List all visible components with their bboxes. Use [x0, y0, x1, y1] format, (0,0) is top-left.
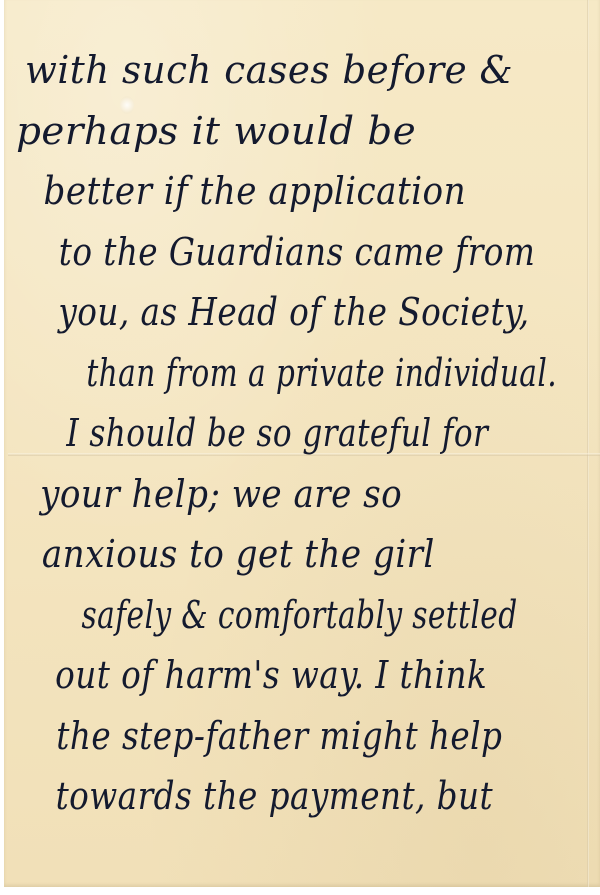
text-line-2: perhaps it would be — [20, 101, 580, 162]
text-line-10: safely & comfortably settled — [20, 585, 580, 646]
text-line-6: than from a private individual. — [20, 343, 580, 404]
text-line-8: your help; we are so — [20, 464, 580, 525]
paper-fold-line — [587, 0, 589, 887]
text-line-13: towards the payment, but — [20, 766, 580, 827]
text-line-12: the step-father might help — [20, 706, 580, 767]
text-line-9: anxious to get the girl — [20, 524, 580, 585]
text-line-5: you, as Head of the Society, — [20, 282, 580, 343]
text-line-11: out of harm's way. I think — [20, 645, 580, 706]
text-line-1: with such cases before & — [20, 40, 580, 101]
text-line-7: I should be so grateful for — [20, 403, 580, 464]
text-line-4: to the Guardians came from — [20, 222, 580, 283]
text-line-3: better if the application — [20, 161, 580, 222]
handwritten-text: with such cases before & perhaps it woul… — [20, 40, 580, 827]
